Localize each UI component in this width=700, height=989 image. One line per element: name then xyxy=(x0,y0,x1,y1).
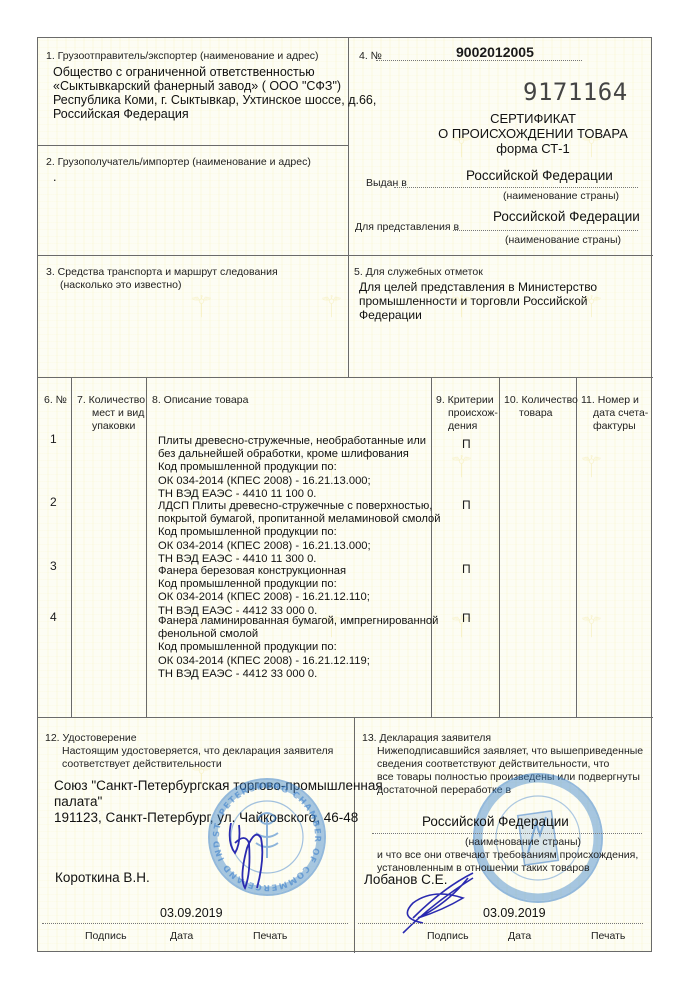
box5-label: 5. Для служебных отметок xyxy=(348,266,483,279)
divider xyxy=(71,377,72,717)
form-serial-number: 9171164 xyxy=(523,78,628,106)
cert-number-dotted-line xyxy=(376,60,582,61)
declaration-country: Российской Федерации xyxy=(422,814,569,829)
exporter-line: «Сыктывкарский фанерный завод» ( ООО "СФ… xyxy=(53,79,376,93)
exporter-line: Общество с ограниченной ответственностью xyxy=(53,65,376,79)
present-to-country: Российской Федерации xyxy=(493,209,640,224)
divider xyxy=(354,717,355,953)
row-number: 1 xyxy=(50,432,57,446)
header-line: 10. Количество xyxy=(504,394,578,407)
watermark-icon: ⚚ xyxy=(318,288,344,328)
desc-line: ОК 034-2014 (КПЕС 2008) - 16.21.12.119; xyxy=(158,655,438,668)
desc-line: без дальнейшей обработки, кроме шлифован… xyxy=(158,448,426,461)
header-line: упаковки xyxy=(77,420,145,433)
text-line: и что все они отвечают требованиям проис… xyxy=(377,849,638,862)
desc-line: ТН ВЭД ЕАЭС - 4412 33 000 0. xyxy=(158,668,438,681)
row-number: 3 xyxy=(50,559,57,573)
text-line: соответствует действительности xyxy=(62,758,333,771)
certifier-name: Короткина В.Н. xyxy=(55,870,150,885)
row-description: Плиты древесно-стружечные, необработанны… xyxy=(158,435,426,501)
certificate-of-origin-form: ⚚ ⚚ ⚚ ⚚ ⚚ ⚚ ⚚ ⚚ ⚚ ⚚ ⚚ ⚚ ⚚ ⚚ ⚚ ⚚ 1. Грузо… xyxy=(37,37,652,952)
row-number: 2 xyxy=(50,495,57,509)
desc-line: Фанера ламинированная бумагой, импрегнир… xyxy=(158,615,438,628)
date-caption: Дата xyxy=(508,930,531,943)
col10-header: 10. Количество товара xyxy=(504,394,578,420)
date-caption: Дата xyxy=(170,930,193,943)
divider xyxy=(499,377,500,717)
header-line: дата счета- xyxy=(581,407,648,420)
desc-line: Фанера березовая конструкционная xyxy=(158,565,370,578)
box4-label: 4. № xyxy=(359,50,382,63)
signature-caption: Подпись xyxy=(427,930,469,943)
official-note-line: Для целей представления в Министерство xyxy=(359,280,651,294)
col7-header: 7. Количество мест и вид упаковки xyxy=(77,394,145,433)
divider xyxy=(38,377,653,378)
box13-label: 13. Декларация заявителя xyxy=(362,732,491,745)
divider xyxy=(576,377,577,717)
signature-dotted-line xyxy=(42,923,348,924)
desc-line: Код промышленной продукции по: xyxy=(158,641,438,654)
declaration-country-hint: (наименование страны) xyxy=(465,836,581,849)
col6-header: 6. № xyxy=(44,394,67,407)
issued-in-hint: (наименование страны) xyxy=(503,190,619,203)
header-line: происхож- xyxy=(436,407,498,420)
desc-line: ОК 034-2014 (КПЕС 2008) - 16.21.13.000; xyxy=(158,540,440,553)
stamp-ring-text: ST. PETERSBURG CHAMBER OF COMMERCE AND I… xyxy=(208,778,326,896)
divider xyxy=(38,145,348,146)
row-description: Фанера ламинированная бумагой, импрегнир… xyxy=(158,615,438,681)
header-line: фактуры xyxy=(581,420,648,433)
header-line: 7. Количество xyxy=(77,394,145,407)
certificate-title: СЕРТИФИКАТ О ПРОИСХОЖДЕНИИ ТОВАРА форма … xyxy=(433,111,633,156)
issued-in-label: Выдан в xyxy=(366,177,407,190)
desc-line: ОК 034-2014 (КПЕС 2008) - 16.21.13.000; xyxy=(158,475,426,488)
box3-sublabel: (насколько это известно) xyxy=(60,279,182,292)
box12-label: 12. Удостоверение xyxy=(45,732,137,745)
col8-header: 8. Описание товара xyxy=(152,394,248,407)
watermark-icon: ⚚ xyxy=(578,608,604,648)
text-line: сведения соответствуют действительности,… xyxy=(377,758,643,771)
row-criteria: П xyxy=(462,611,471,625)
title-line: СЕРТИФИКАТ xyxy=(433,111,633,126)
text-line: Настоящим удостоверяется, что декларация… xyxy=(62,745,333,758)
box3-label: 3. Средства транспорта и маршрут следова… xyxy=(46,266,278,279)
row-criteria: П xyxy=(462,498,471,512)
watermark-icon: ⚚ xyxy=(578,448,604,488)
present-to-label: Для представления в xyxy=(355,221,459,234)
chamber-stamp: ST. PETERSBURG CHAMBER OF COMMERCE AND I… xyxy=(208,778,326,896)
seal-caption: Печать xyxy=(253,930,287,943)
desc-line: ЛДСП Плиты древесно-стружечные с поверхн… xyxy=(158,500,440,513)
exporter-name-address: Общество с ограниченной ответственностью… xyxy=(53,65,376,121)
watermark-icon: ⚚ xyxy=(188,288,214,328)
exporter-line: Российская Федерация xyxy=(53,107,376,121)
watermark-icon: ⚚ xyxy=(448,448,474,488)
signature-dotted-line xyxy=(358,923,643,924)
box2-label: 2. Грузополучатель/импортер (наименовани… xyxy=(46,156,311,169)
country-dotted-line xyxy=(372,833,642,834)
svg-text:ST. PETERSBURG CHAMBER OF COMM: ST. PETERSBURG CHAMBER OF COMMERCE AND I… xyxy=(208,778,322,892)
desc-line: Код промышленной продукции по: xyxy=(158,526,440,539)
header-line: 9. Критерии xyxy=(436,394,498,407)
desc-line: Код промышленной продукции по: xyxy=(158,578,370,591)
box12-text: Настоящим удостоверяется, что декларация… xyxy=(62,745,333,771)
header-line: товара xyxy=(504,407,578,420)
box1-label: 1. Грузоотправитель/экспортер (наименова… xyxy=(46,50,319,63)
desc-line: покрытой бумагой, пропитанной меламиново… xyxy=(158,513,440,526)
desc-line: ОК 034-2014 (КПЕС 2008) - 16.21.12.110; xyxy=(158,591,370,604)
exporter-line: Республика Коми, г. Сыктывкар, Ухтинское… xyxy=(53,93,376,107)
row-criteria: П xyxy=(462,562,471,576)
declarant-name: Лобанов С.Е. xyxy=(364,872,447,887)
divider xyxy=(38,255,653,256)
row-criteria: П xyxy=(462,437,471,451)
desc-line: Код промышленной продукции по: xyxy=(158,461,426,474)
desc-line: фенольной смолой xyxy=(158,628,438,641)
col9-header: 9. Критерии происхож- дения xyxy=(436,394,498,433)
issued-in-country: Российской Федерации xyxy=(466,168,613,183)
desc-line: Плиты древесно-стружечные, необработанны… xyxy=(158,435,426,448)
title-line: форма СТ-1 xyxy=(433,141,633,156)
text-line: Нижеподписавшийся заявляет, что вышеприв… xyxy=(377,745,643,758)
importer-value: . xyxy=(53,170,56,184)
signature-caption: Подпись xyxy=(85,930,127,943)
seal-caption: Печать xyxy=(591,930,625,943)
present-to-hint: (наименование страны) xyxy=(505,234,621,247)
official-note-line: промышленности и торговли Российской Фед… xyxy=(359,294,651,322)
header-line: мест и вид xyxy=(77,407,145,420)
row-number: 4 xyxy=(50,610,57,624)
certificate-number: 9002012005 xyxy=(456,44,534,60)
official-notes: Для целей представления в Министерство п… xyxy=(359,280,651,322)
present-dotted-line xyxy=(453,230,638,231)
row-description: Фанера березовая конструкционная Код про… xyxy=(158,565,370,618)
certification-date: 03.09.2019 xyxy=(160,906,223,920)
divider xyxy=(38,717,653,718)
row-description: ЛДСП Плиты древесно-стружечные с поверхн… xyxy=(158,500,440,566)
issued-dotted-line xyxy=(394,187,638,188)
header-line: 11. Номер и xyxy=(581,394,648,407)
declaration-date: 03.09.2019 xyxy=(483,906,546,920)
col11-header: 11. Номер и дата счета- фактуры xyxy=(581,394,648,433)
header-line: дения xyxy=(436,420,498,433)
divider xyxy=(146,377,147,717)
title-line: О ПРОИСХОЖДЕНИИ ТОВАРА xyxy=(433,126,633,141)
